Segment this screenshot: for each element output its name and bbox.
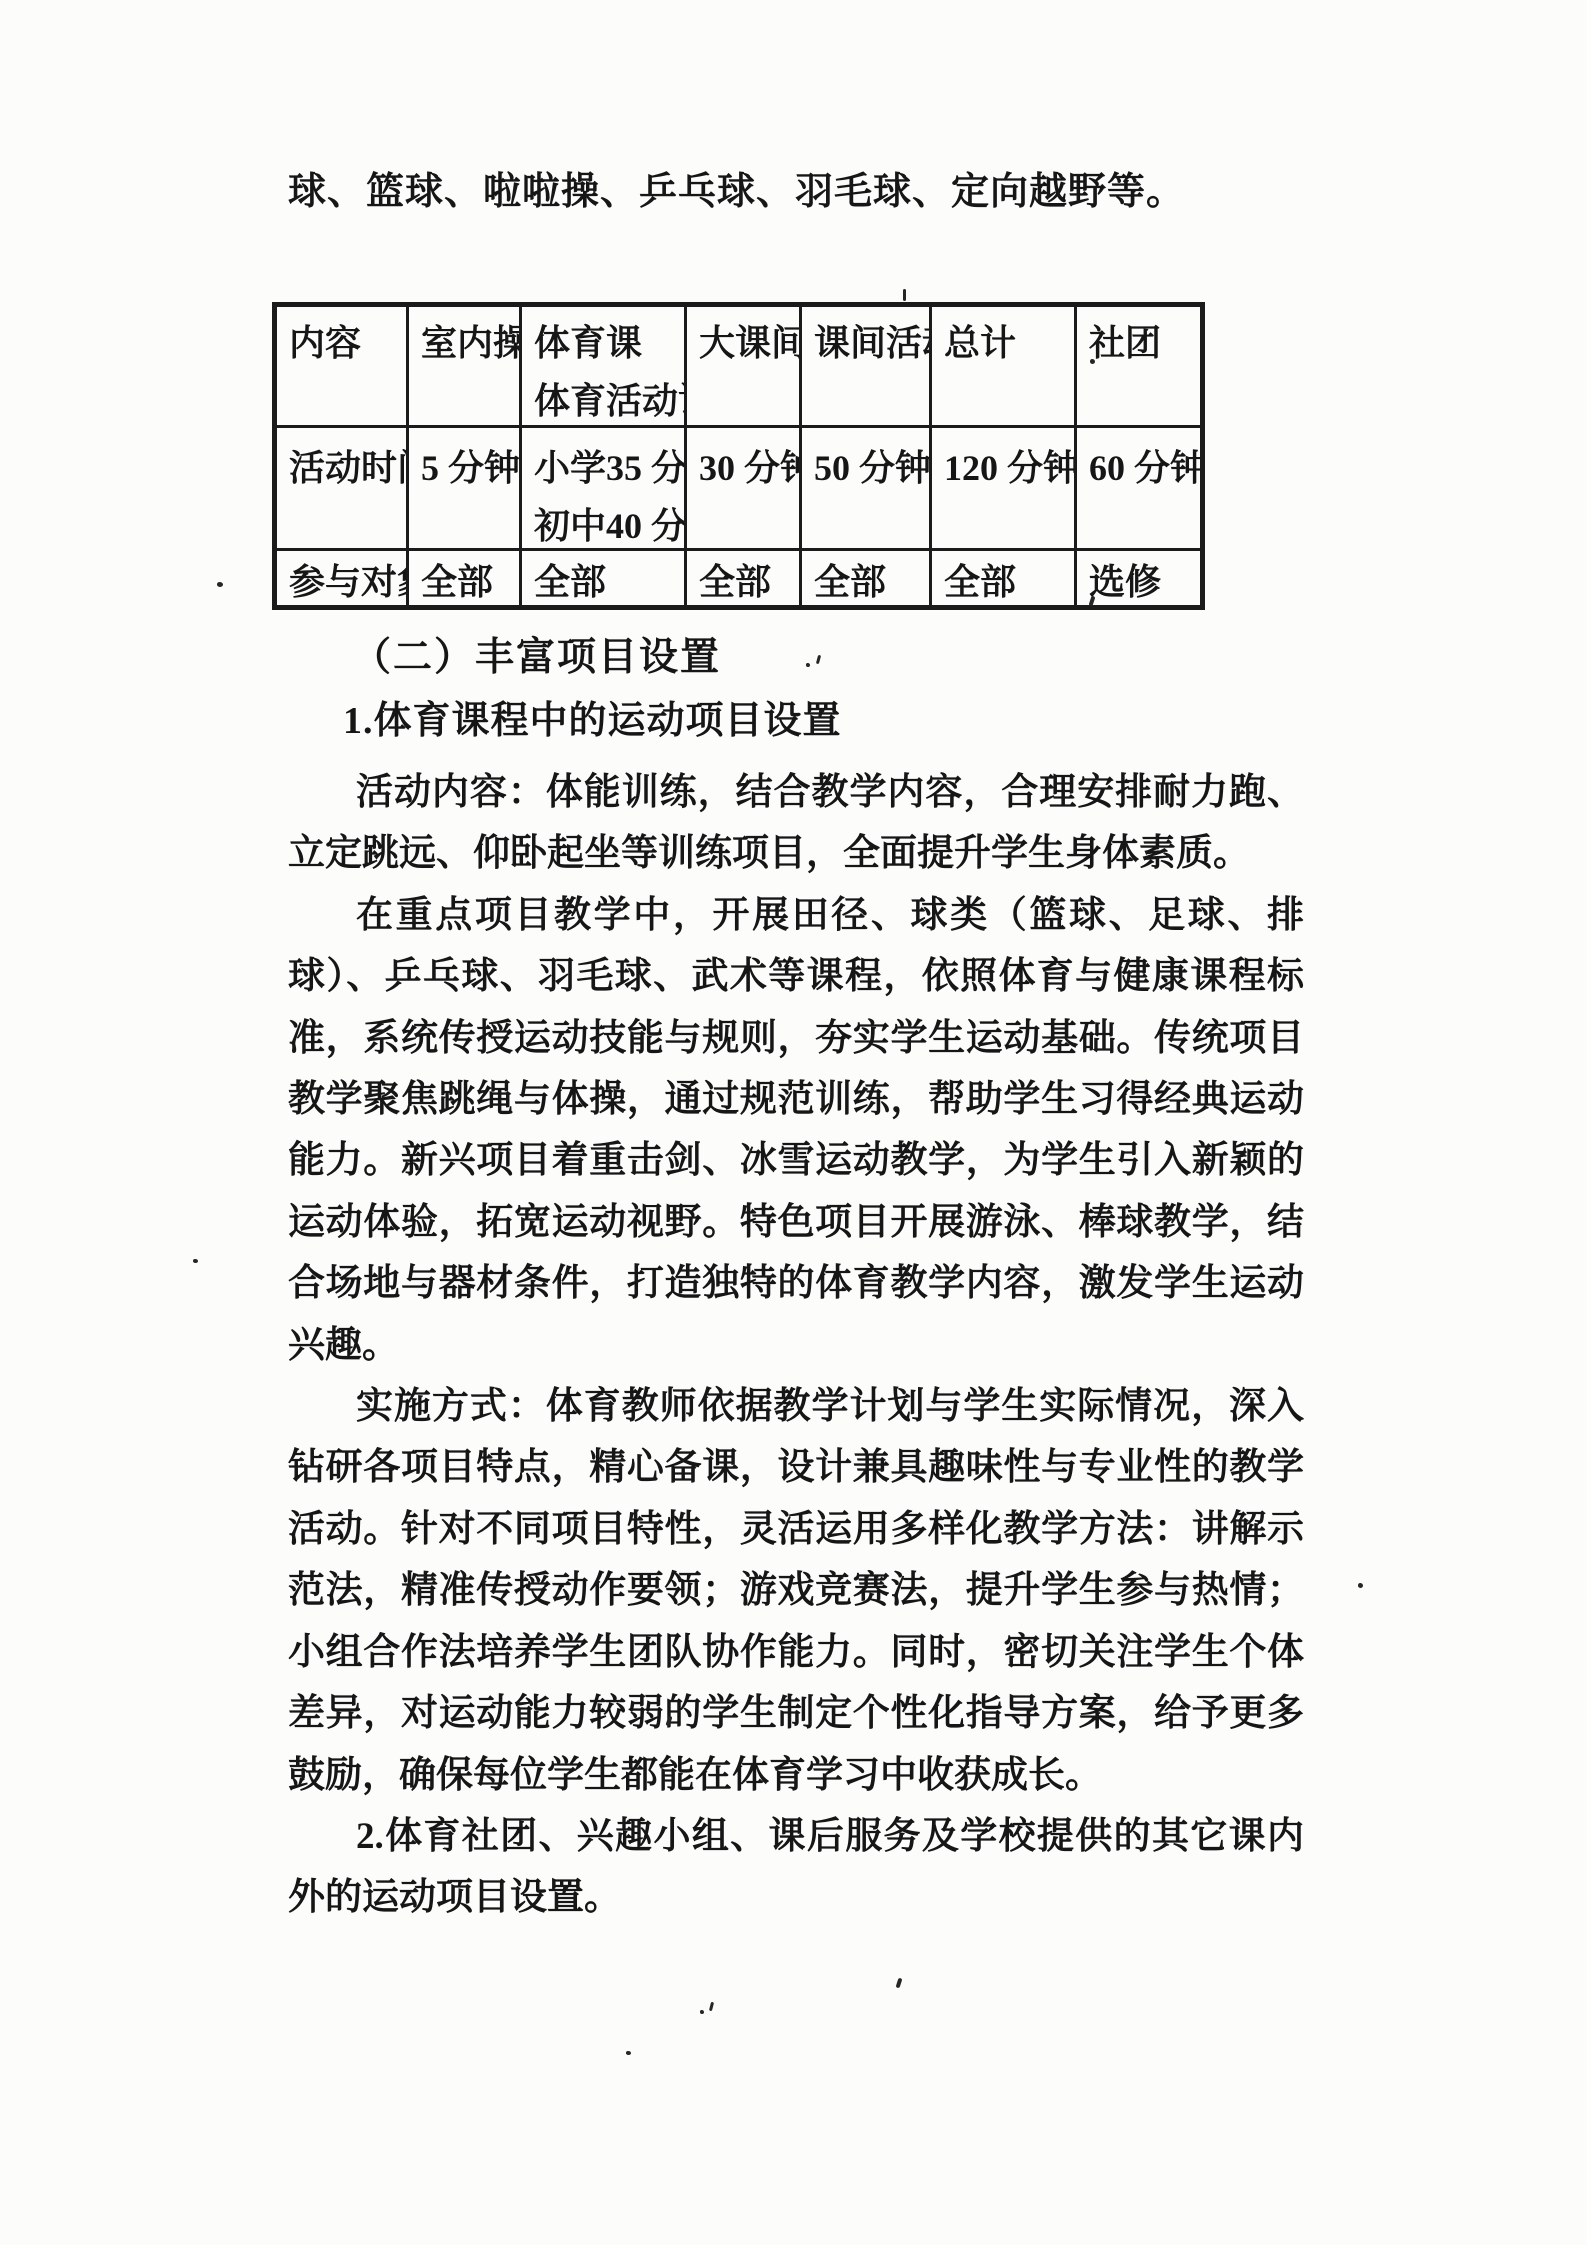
cell-text: 室内操 [421, 323, 515, 363]
scan-speck [896, 1978, 903, 1989]
scan-speck [806, 663, 810, 667]
table-cell: 全部 [521, 550, 686, 608]
table-cell: 活动时间 [275, 427, 408, 550]
table-cell: 内容 [275, 305, 408, 427]
scan-speck [816, 655, 821, 664]
cell-text: 课间活动 [814, 323, 925, 363]
table-cell: 全部 [931, 550, 1076, 608]
paragraph-activity-content: 活动内容：体能训练，结合教学内容，合理安排耐力跑、立定跳远、仰卧起坐等训练项目，… [288, 762, 1304, 885]
cell-text: 全部 [421, 562, 515, 602]
cell-text: 大课间 [699, 323, 795, 363]
table-cell: 室内操 [408, 305, 521, 427]
cell-text: 120 分钟 [944, 448, 1070, 488]
table-cell: 5 分钟 [408, 427, 521, 550]
scan-speck [193, 1259, 198, 1263]
table-cell: 小学35 分钟 初中40 分钟 [521, 427, 686, 550]
table-header-row: 内容 室内操 体育课 体育活动课 大课间 课间活动 总计 社团 [275, 305, 1203, 427]
table-cell: 课间活动 [801, 305, 931, 427]
scan-speck [903, 289, 906, 301]
cell-text: 总计 [944, 323, 1070, 363]
cell-text: 全部 [699, 562, 795, 602]
table-cell: 全部 [408, 550, 521, 608]
cell-text: 体育活动课 [534, 381, 680, 421]
cell-text: 60 分钟 [1089, 448, 1196, 488]
scan-speck [700, 2010, 704, 2014]
table-cell: 全部 [686, 550, 801, 608]
cell-text: 体育课 [534, 323, 680, 363]
scan-speck [1090, 359, 1095, 364]
table-cell: 全部 [801, 550, 931, 608]
paragraph-item2: 2.体育社团、兴趣小组、课后服务及学校提供的其它课内外的运动项目设置。 [288, 1806, 1304, 1929]
cell-text: 社团 [1089, 323, 1196, 363]
table-cell: 50 分钟 [801, 427, 931, 550]
table-cell: 120 分钟 [931, 427, 1076, 550]
table-cell: 总计 [931, 305, 1076, 427]
paragraph-key-projects: 在重点项目教学中，开展田径、球类（篮球、足球、排球）、乒乓球、羽毛球、武术等课程… [288, 885, 1304, 1376]
cell-text: 参与对象 [289, 562, 402, 602]
table-cell: 30 分钟 [686, 427, 801, 550]
activity-schedule-table: 内容 室内操 体育课 体育活动课 大课间 课间活动 总计 社团 活动时间 5 分… [272, 302, 1205, 610]
cell-text: 50 分钟 [814, 448, 925, 488]
cell-text: 小学35 分钟 [534, 448, 680, 488]
table-cell: 60 分钟 [1076, 427, 1203, 550]
scan-speck [1358, 1583, 1363, 1588]
table-row-activity-time: 活动时间 5 分钟 小学35 分钟 初中40 分钟 30 分钟 50 分钟 12… [275, 427, 1203, 550]
scan-speck [709, 2002, 714, 2011]
cell-text: 活动时间 [289, 448, 402, 488]
cell-text: 选修 [1089, 562, 1196, 602]
intro-continuation-line: 球、篮球、啦啦操、乒乓球、羽毛球、定向越野等。 [288, 170, 1338, 214]
cell-text: 全部 [814, 562, 925, 602]
table-row-participants: 参与对象 全部 全部 全部 全部 全部 选修 [275, 550, 1203, 608]
paragraph-implementation: 实施方式：体育教师依据教学计划与学生实际情况，深入钻研各项目特点，精心备课，设计… [288, 1376, 1304, 1806]
cell-text: 内容 [289, 323, 402, 363]
document-page: 球、篮球、啦啦操、乒乓球、羽毛球、定向越野等。 内容 室内操 体育课 体育活动课… [0, 0, 1587, 2245]
cell-text: 5 分钟 [421, 448, 515, 488]
scan-speck [626, 2051, 631, 2055]
cell-text: 初中40 分钟 [534, 506, 680, 546]
table-cell: 参与对象 [275, 550, 408, 608]
cell-text: 全部 [944, 562, 1070, 602]
body-text-block: 活动内容：体能训练，结合教学内容，合理安排耐力跑、立定跳远、仰卧起坐等训练项目，… [288, 762, 1304, 1929]
scan-speck [217, 582, 223, 587]
cell-text: 30 分钟 [699, 448, 795, 488]
table-cell: 大课间 [686, 305, 801, 427]
subsection-heading: 1.体育课程中的运动项目设置 [288, 696, 842, 746]
table-cell: 体育课 体育活动课 [521, 305, 686, 427]
table-cell: 社团 [1076, 305, 1203, 427]
cell-text: 全部 [534, 562, 680, 602]
section-heading: （二）丰富项目设置 [288, 633, 721, 683]
